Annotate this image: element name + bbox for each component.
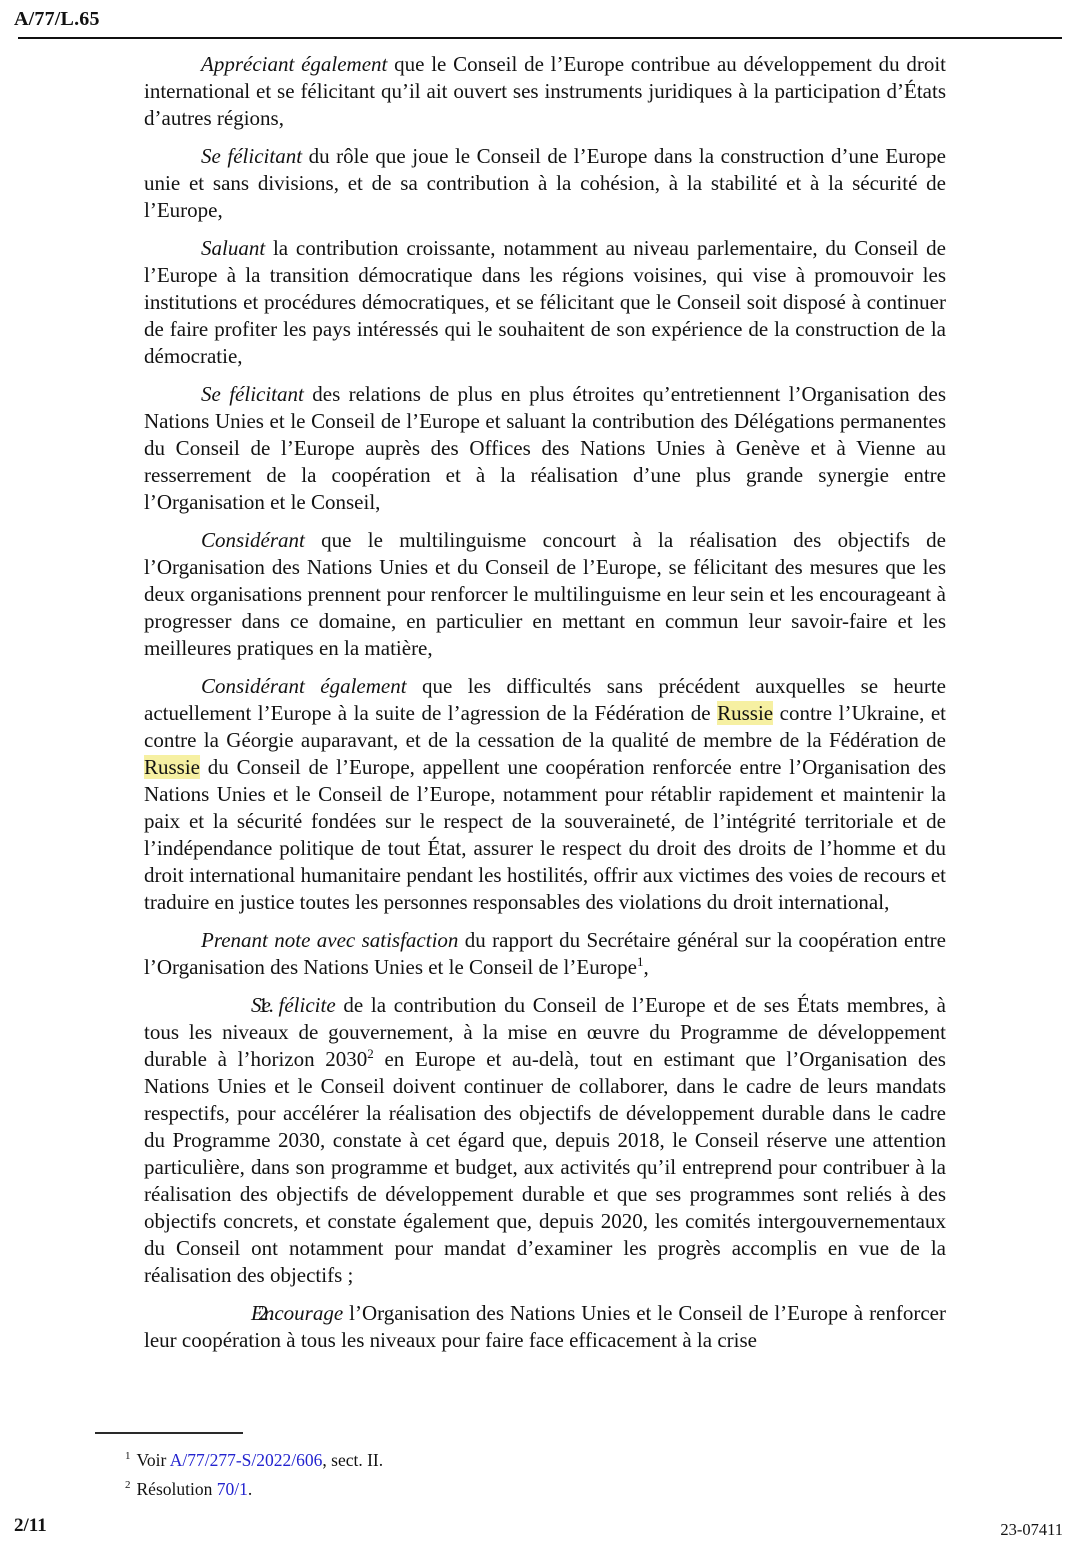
text-run-italic: Considérant — [201, 528, 305, 552]
text-run: Voir — [137, 1450, 170, 1470]
text-run: , — [644, 955, 649, 979]
text-run-italic: Saluant — [201, 236, 265, 260]
paragraph-number: 2. — [201, 1300, 251, 1327]
paragraph-1: Appréciant également que le Conseil de l… — [144, 51, 946, 132]
footnote: 2Résolution 70/1. — [125, 1475, 825, 1504]
document-page: A/77/L.65 Appréciant également que le Co… — [0, 0, 1080, 1555]
page-number: 2/11 — [14, 1515, 47, 1537]
search-highlight: Russie — [717, 701, 773, 725]
text-run-italic: Se félicitant — [201, 144, 302, 168]
paragraph-2: Se félicitant du rôle que joue le Consei… — [144, 143, 946, 224]
paragraph-3: Saluant la contribution croissante, nota… — [144, 235, 946, 370]
header-rule — [18, 37, 1062, 39]
text-run: , sect. II. — [322, 1450, 383, 1470]
reference-link[interactable]: A/77/277-S/2022/606 — [170, 1450, 323, 1470]
text-run: la contribution croissante, notamment au… — [144, 236, 946, 368]
footnote: 1Voir A/77/277-S/2022/606, sect. II. — [125, 1446, 825, 1475]
text-run-italic: Se félicite — [251, 993, 336, 1017]
paragraph-8: 1.Se félicite de la contribution du Cons… — [144, 992, 946, 1289]
footnote-divider — [95, 1432, 243, 1434]
text-run-italic: Se félicitant — [201, 382, 304, 406]
text-run: . — [248, 1479, 252, 1499]
paragraph-number: 1. — [201, 992, 251, 1019]
text-run: Résolution — [137, 1479, 217, 1499]
search-highlight: Russie — [144, 755, 200, 779]
document-body: Appréciant également que le Conseil de l… — [144, 51, 946, 1365]
paragraph-4: Se félicitant des relations de plus en p… — [144, 381, 946, 516]
footnote-marker: 2 — [125, 1479, 131, 1491]
footnote-marker: 1 — [125, 1450, 131, 1462]
document-symbol: A/77/L.65 — [14, 8, 100, 31]
text-run: du Conseil de l’Europe, appellent une co… — [144, 755, 946, 914]
text-run-italic: Appréciant également — [201, 52, 387, 76]
reference-link[interactable]: 70/1 — [217, 1479, 248, 1499]
text-run-italic: Encourage — [251, 1301, 343, 1325]
paragraph-9: 2.Encourage l’Organisation des Nations U… — [144, 1300, 946, 1354]
job-number: 23-07411 — [1000, 1520, 1063, 1540]
paragraph-5: Considérant que le multilinguisme concou… — [144, 527, 946, 662]
paragraph-7: Prenant note avec satisfaction du rappor… — [144, 927, 946, 981]
text-run: en Europe et au-delà, tout en estimant q… — [144, 1047, 946, 1287]
paragraph-6: Considérant également que les difficulté… — [144, 673, 946, 916]
footnotes: 1Voir A/77/277-S/2022/606, sect. II.2Rés… — [125, 1446, 825, 1504]
text-run-italic: Prenant note avec satisfaction — [201, 928, 458, 952]
text-run-italic: Considérant également — [201, 674, 407, 698]
